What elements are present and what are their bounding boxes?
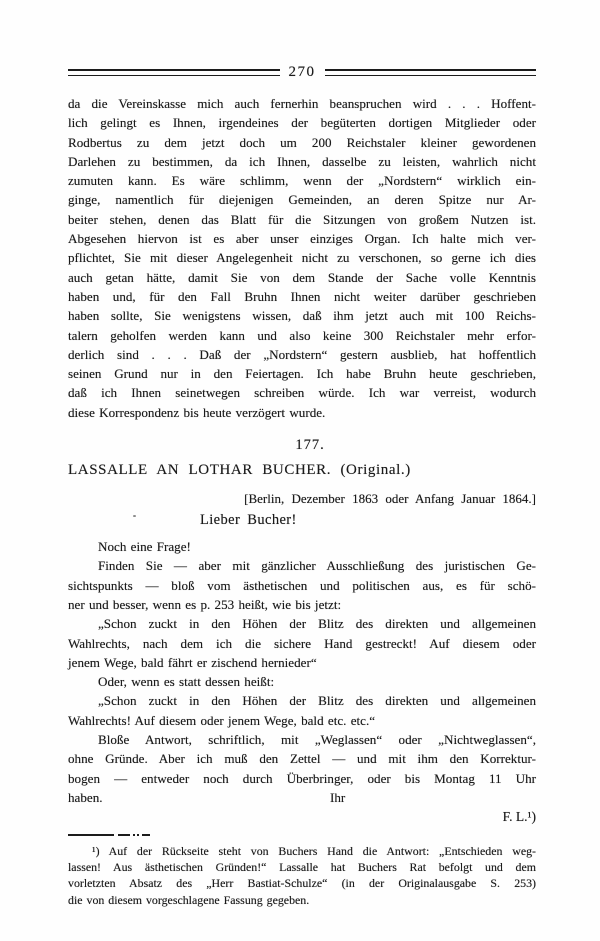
text-line: talern geholfen werden kann und also kei… bbox=[68, 326, 536, 345]
text-line: Darlehen zu bestimmen, da ich Ihnen, das… bbox=[68, 152, 536, 171]
text-line: zumuten kann. Es wäre schlimm, wenn der … bbox=[68, 171, 536, 190]
letter-closing: haben. Ihr bbox=[68, 788, 536, 807]
text-line: da die Vereinskasse mich auch fernerhin … bbox=[68, 94, 536, 113]
text-line: pflichtet, Sie mit dieser Angelegenheit … bbox=[68, 248, 536, 267]
text-line: Noch eine Frage! bbox=[68, 537, 536, 556]
previous-letter-continuation: da die Vereinskasse mich auch fernerhin … bbox=[68, 94, 536, 422]
page-number: 270 bbox=[289, 65, 316, 80]
text-line: vorletzten Absatz des „Herr Bastiat-Schu… bbox=[68, 875, 536, 891]
letter-heading: LASSALLE AN LOTHAR BUCHER. (Original.) bbox=[68, 460, 536, 480]
text-line: jenem Wege, bald fährt er zischend herni… bbox=[68, 653, 536, 672]
text-line: die von diesem vorgeschlagene Fassung ge… bbox=[68, 892, 536, 908]
text-line: beiter stehen, denen das Blatt für die S… bbox=[68, 210, 536, 229]
text-line: diese Korrespondenz bis heute verzögert … bbox=[68, 403, 536, 422]
text-line: bogen — entweder noch durch Überbringer,… bbox=[68, 769, 536, 788]
text-line: lassen! Aus ästhetischen Gründen!“ Lassa… bbox=[68, 859, 536, 875]
text-line: Rodbertus zu dem jetzt doch um 200 Reich… bbox=[68, 133, 536, 152]
book-page: 270 da die Vereinskasse mich auch ferner… bbox=[0, 0, 600, 941]
text-line: haben sollte, Sie wenigstens wissen, daß… bbox=[68, 306, 536, 325]
text-line: derlich sind . . . Daß der „Nordstern“ g… bbox=[68, 345, 536, 364]
text-line: ginge, namentlich für diejenigen Gemeind… bbox=[68, 190, 536, 209]
text-line: ohne Gründe. Aber ich muß den Zettel — u… bbox=[68, 749, 536, 768]
header-rule-left bbox=[68, 69, 280, 76]
text-line: Finden Sie — aber mit gänzlicher Ausschl… bbox=[68, 556, 536, 575]
footnote-separator bbox=[68, 834, 150, 836]
text-line: „Schon zuckt in den Höhen der Blitz des … bbox=[68, 691, 536, 710]
text-line: „Schon zuckt in den Höhen der Blitz des … bbox=[68, 614, 536, 633]
text-line: sichtspunkts — bloß vom ästhetischen und… bbox=[68, 576, 536, 595]
text-line: Oder, wenn es statt dessen heißt: bbox=[68, 672, 536, 691]
page-header: 270 bbox=[68, 60, 536, 84]
ink-speck bbox=[133, 515, 136, 517]
text-line: auch getan hätte, damit Sie von dem Stan… bbox=[68, 268, 536, 287]
letter-number: 177. bbox=[68, 436, 536, 455]
text-line: lich gelingt es Ihnen, irgendeines der b… bbox=[68, 113, 536, 132]
text-line: seinen Grund nur in den Feiertagen. Ich … bbox=[68, 364, 536, 383]
letter-body: Noch eine Frage!Finden Sie — aber mit gä… bbox=[68, 537, 536, 788]
letter-dateline: [Berlin, Dezember 1863 oder Anfang Janua… bbox=[68, 490, 536, 507]
valediction: Ihr bbox=[330, 788, 345, 807]
text-line: Wahlrechts! Auf diesem oder jenem Wege, … bbox=[68, 711, 536, 730]
signature: F. L.¹) bbox=[68, 807, 536, 826]
text-line: daß ich Ihnen seinetwegen schreiben würd… bbox=[68, 383, 536, 402]
text-line: Bloße Antwort, schriftlich, mit „Weglass… bbox=[68, 730, 536, 749]
footnote: ¹) Auf der Rückseite steht von Buchers H… bbox=[68, 843, 536, 909]
text-line: Wahlrechts, nach dem ich die sichere Han… bbox=[68, 634, 536, 653]
text-line: ¹) Auf der Rückseite steht von Buchers H… bbox=[68, 843, 536, 859]
text-line: haben und, für den Fall Bruhn Ihnen nich… bbox=[68, 287, 536, 306]
closing-word: haben. bbox=[68, 790, 103, 805]
text-line: ner und besser, wenn es p. 253 heißt, wi… bbox=[68, 595, 536, 614]
text-line: Abgesehen hiervon ist es aber unser einz… bbox=[68, 229, 536, 248]
header-rule-right bbox=[325, 69, 537, 76]
letter-salutation: Lieber Bucher! bbox=[200, 511, 536, 530]
